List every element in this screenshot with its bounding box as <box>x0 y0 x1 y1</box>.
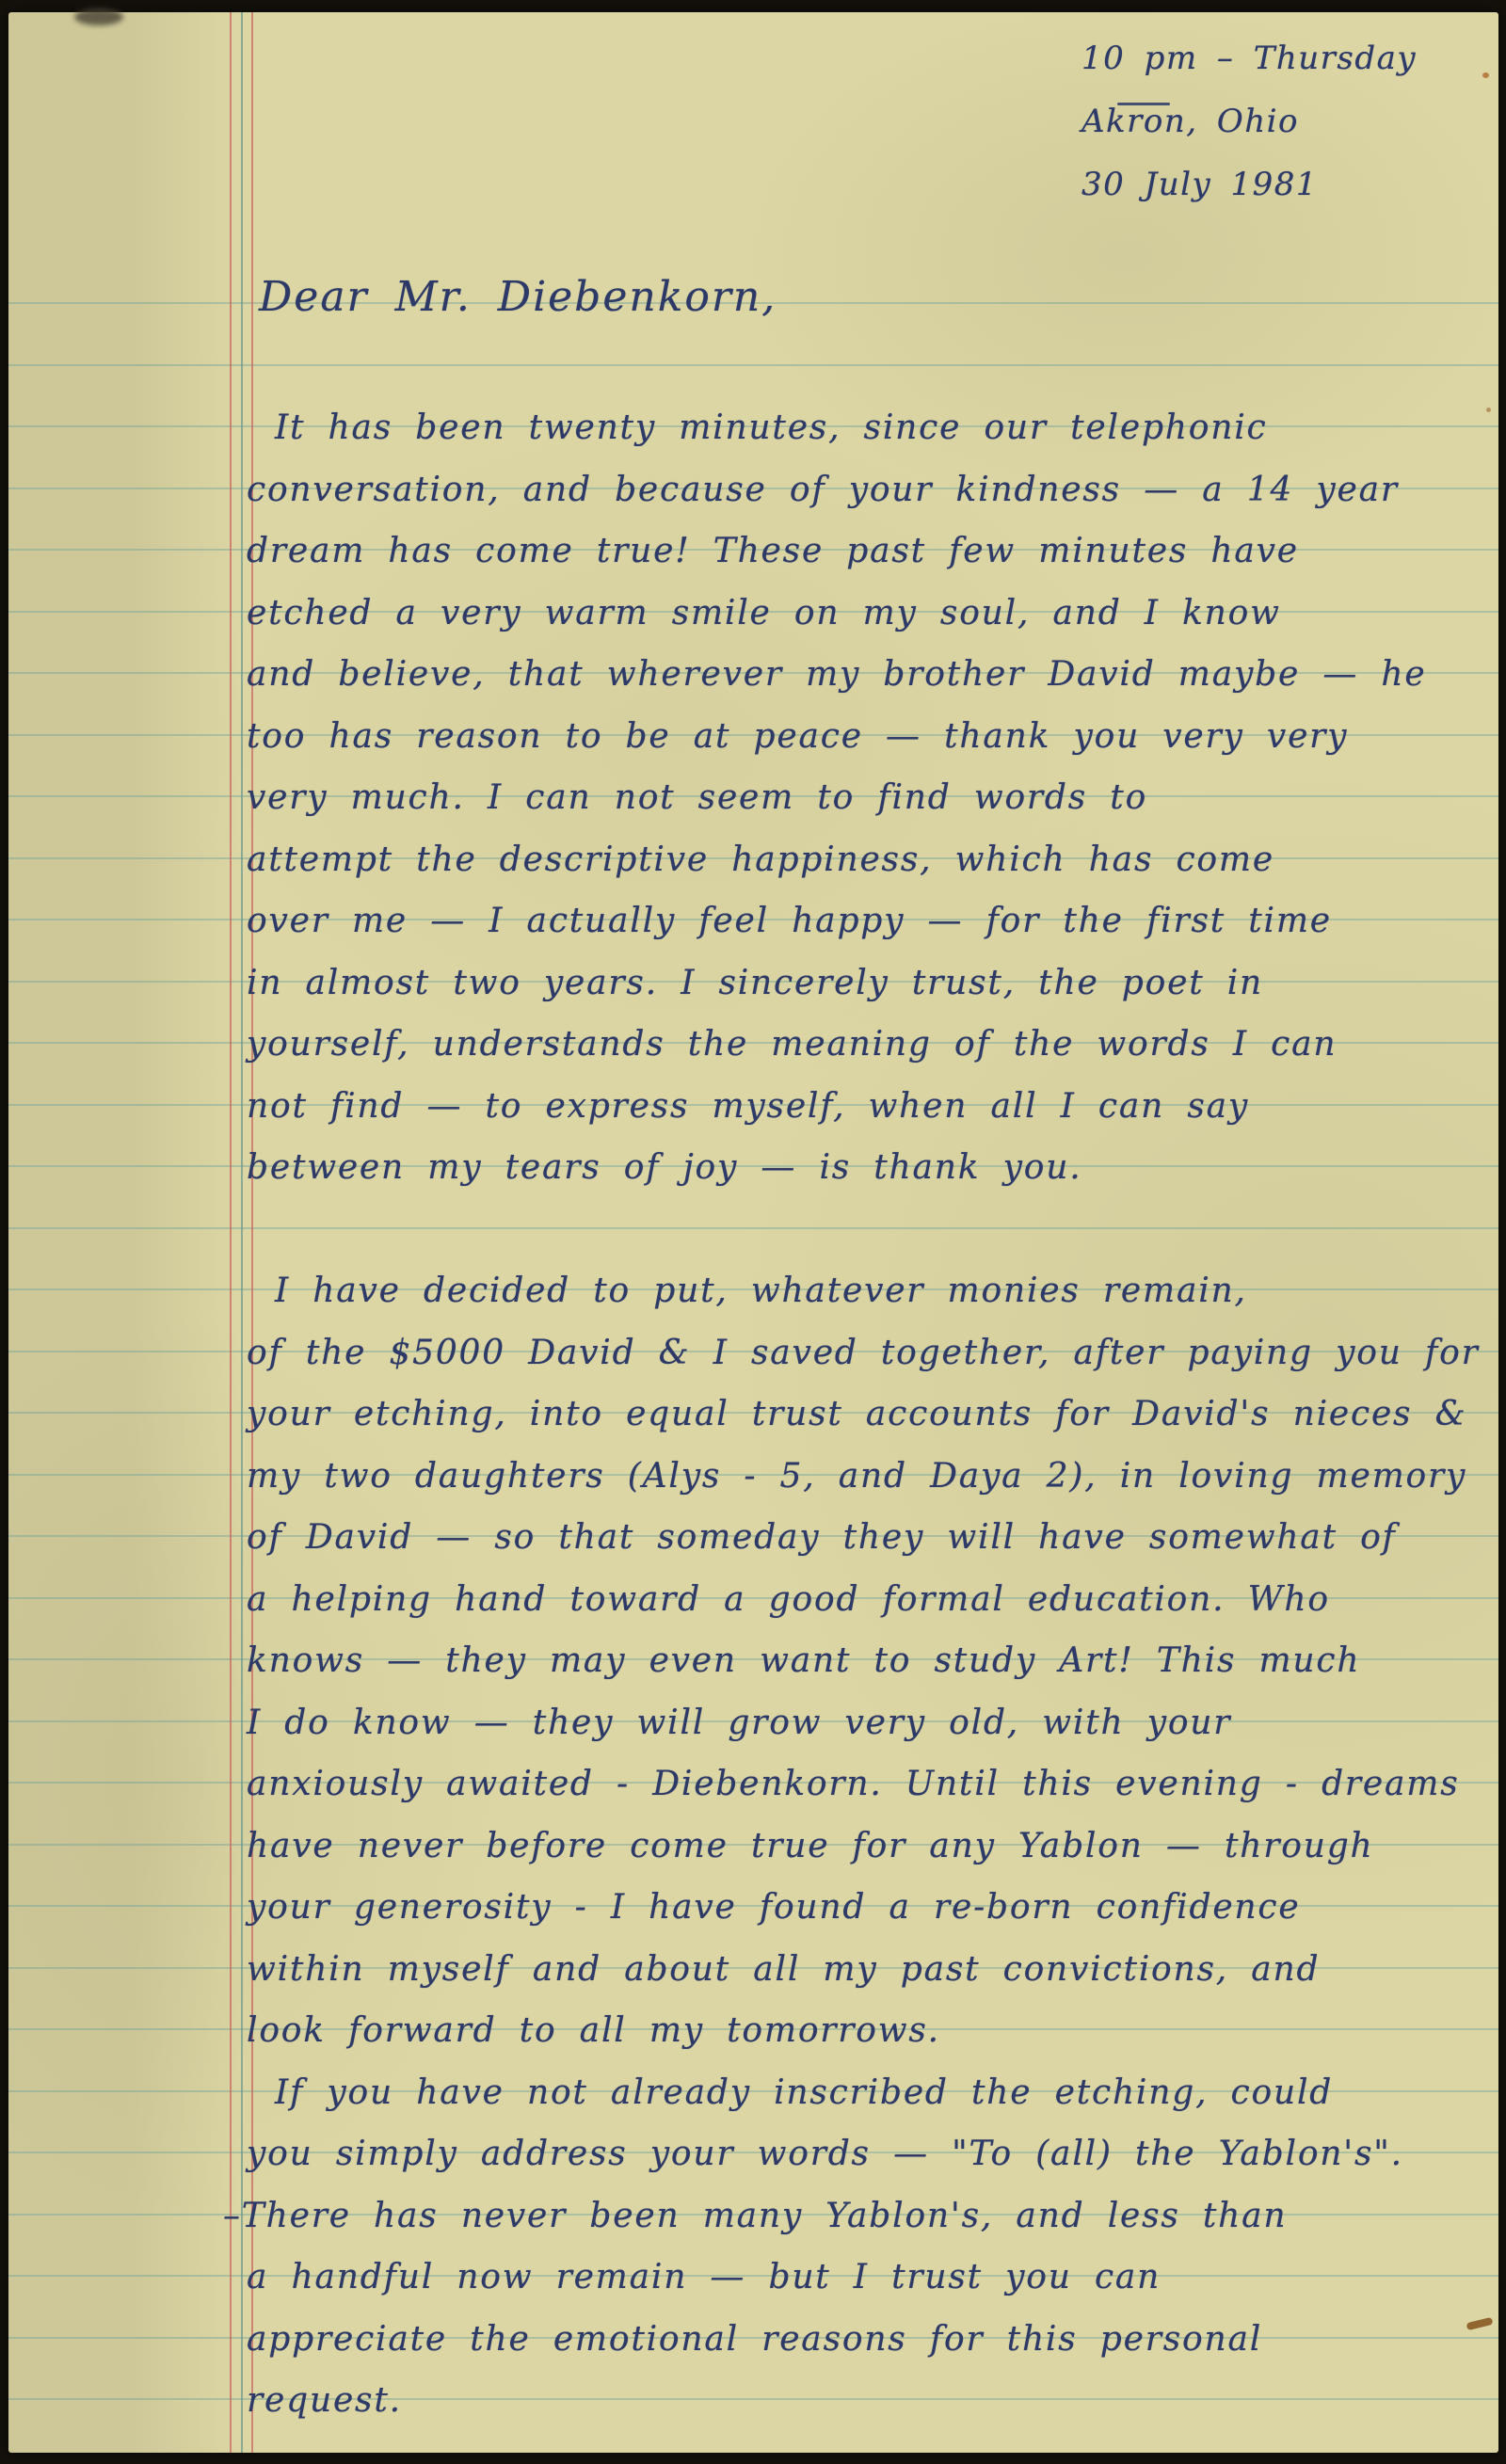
letter-line: a handful now remain — but I trust you c… <box>247 2247 1161 2309</box>
letter-line: you simply address your words — "To (all… <box>247 2123 1403 2185</box>
pm-underline <box>1117 103 1170 105</box>
letter-line: attempt the descriptive happiness, which… <box>247 829 1274 891</box>
margin-line-teal <box>241 12 243 2453</box>
salutation: Dear Mr. Diebenkorn, <box>259 259 777 336</box>
letter-line: look forward to all my tomorrows. <box>247 2000 940 2062</box>
dateline-time: 10 pm – Thursday <box>1081 27 1417 90</box>
letter-line: request. <box>247 2370 402 2432</box>
letter-line: a helping hand toward a good formal educ… <box>247 1569 1330 1631</box>
letter-line: between my tears of joy — is thank you. <box>247 1137 1081 1199</box>
letter-line: within myself and about all my past conv… <box>247 1939 1320 2001</box>
letter-line: It has been twenty minutes, since our te… <box>275 397 1268 459</box>
letter-line: of the $5000 David & I saved together, a… <box>247 1322 1480 1384</box>
letter-line: your generosity - I have found a re-born… <box>247 1877 1300 1939</box>
dateline-city: Akron, Ohio <box>1081 90 1417 153</box>
letter-line: have never before come true for any Yabl… <box>247 1816 1374 1878</box>
letter-line: etched a very warm smile on my soul, and… <box>247 583 1281 645</box>
rule-line <box>8 2398 1498 2400</box>
letter-line: conversation, and because of your kindne… <box>247 459 1399 521</box>
letter-line: your etching, into equal trust accounts … <box>247 1384 1466 1446</box>
dateline-date: 30 July 1981 <box>1081 153 1417 216</box>
dateline: 10 pm – Thursday Akron, Ohio 30 July 198… <box>1081 27 1417 216</box>
rust-stain-bottom-right <box>1466 2317 1493 2331</box>
letter-line: knows — they may even want to study Art!… <box>247 1630 1360 1692</box>
letter-line: yourself, understands the meaning of the… <box>247 1014 1337 1076</box>
letter-line: I have decided to put, whatever monies r… <box>275 1260 1247 1322</box>
letter-line: of David — so that someday they will hav… <box>247 1507 1397 1569</box>
letter-line: dream has come true! These past few minu… <box>247 520 1299 583</box>
letter-line: and believe, that wherever my brother Da… <box>247 644 1426 706</box>
letter-line: –There has never been many Yablon's, and… <box>223 2185 1287 2248</box>
margin-line-red-outer <box>230 12 232 2453</box>
letter-line: anxiously awaited - Diebenkorn. Until th… <box>247 1753 1460 1816</box>
letter-line: If you have not already inscribed the et… <box>275 2062 1333 2124</box>
letter-line: my two daughters (Alys - 5, and Daya 2),… <box>247 1446 1466 1508</box>
letter-line: in almost two years. I sincerely trust, … <box>247 952 1263 1015</box>
letter-line: too has reason to be at peace — thank yo… <box>247 706 1348 768</box>
rule-line <box>8 1227 1498 1229</box>
letter-paper: 10 pm – Thursday Akron, Ohio 30 July 198… <box>8 12 1498 2453</box>
rust-speck-mid-right <box>1486 408 1491 412</box>
letter-line: very much. I can not seem to find words … <box>247 767 1147 829</box>
rule-line <box>8 364 1498 366</box>
letter-line: not find — to express myself, when all I… <box>247 1076 1249 1138</box>
letter-line: appreciate the emotional reasons for thi… <box>247 2309 1262 2371</box>
letter-line: I do know — they will grow very old, wit… <box>247 1692 1231 1754</box>
margin-line-red-inner <box>251 12 253 2453</box>
letter-line: over me — I actually feel happy — for th… <box>247 890 1332 952</box>
rust-speck-top-right <box>1482 72 1489 78</box>
scanned-letter-page: { "colors": { "scan_background": "#14110… <box>0 0 1506 2464</box>
ink-smudge-top-left <box>74 8 123 25</box>
